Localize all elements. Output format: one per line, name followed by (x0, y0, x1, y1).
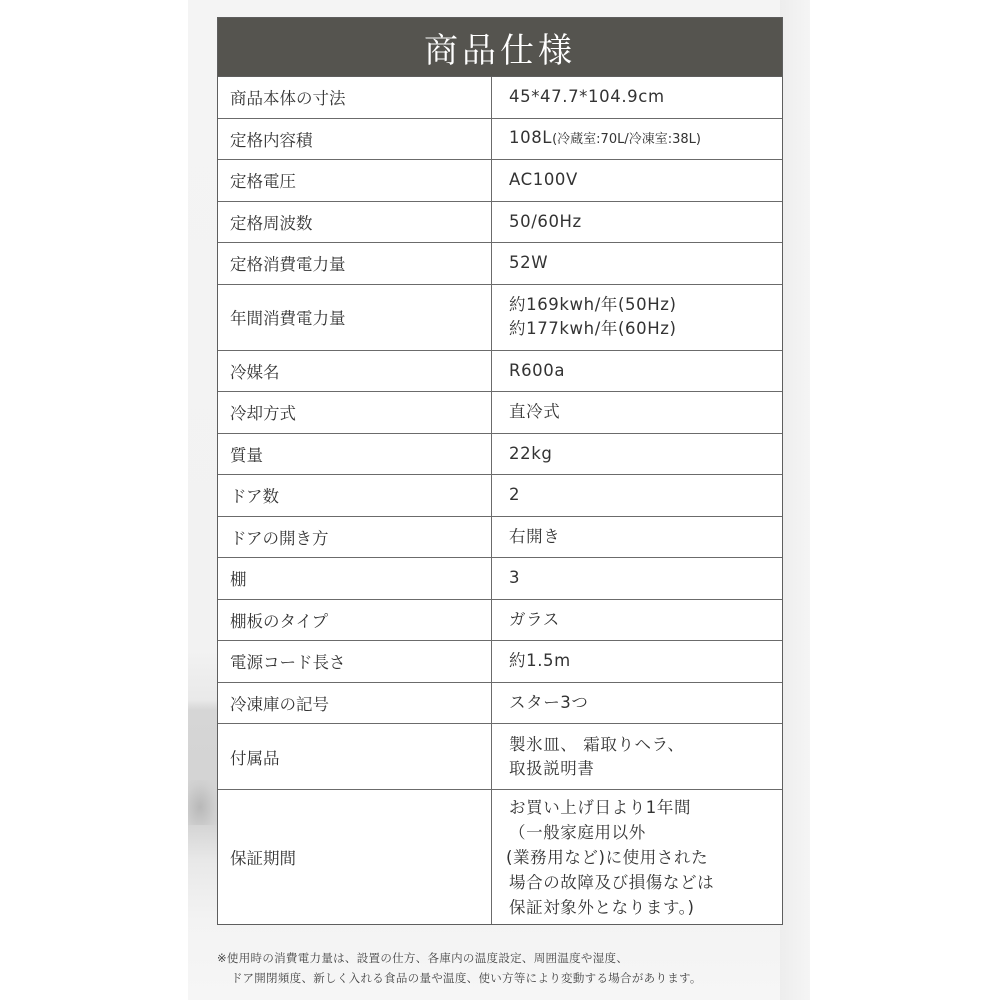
spec-row-weight: 質量 22kg (218, 434, 782, 476)
spec-label: 質量 (218, 434, 492, 475)
spec-label: 定格消費電力量 (218, 243, 492, 284)
spec-value-text: 22kg (509, 442, 782, 466)
background-wall (780, 0, 810, 1000)
spec-row-shelves: 棚 3 (218, 558, 782, 600)
spec-row-voltage: 定格電圧 AC100V (218, 160, 782, 202)
spec-label: 棚板のタイプ (218, 600, 492, 641)
spec-value: 22kg (492, 434, 782, 475)
spec-row-dimensions: 商品本体の寸法 45*47.7*104.9cm (218, 77, 782, 119)
spec-value-line: 約177kwh/年(60Hz) (509, 317, 782, 341)
spec-row-shelf-type: 棚板のタイプ ガラス (218, 600, 782, 642)
footnote: ※使用時の消費電力量は、設置の仕方、各庫内の温度設定、周囲温度や湿度、 ドア開閉… (217, 948, 807, 988)
spec-label: 電源コード長さ (218, 641, 492, 682)
spec-table: 商品仕様 商品本体の寸法 45*47.7*104.9cm 定格内容積 108L(… (217, 17, 783, 925)
background-photo-shoes (188, 780, 218, 825)
spec-label: 冷凍庫の記号 (218, 683, 492, 724)
spec-value: ガラス (492, 600, 782, 641)
spec-value-text: ガラス (509, 608, 782, 632)
spec-value-text: AC100V (509, 168, 782, 192)
capacity-breakdown: (冷蔵室:70L/冷凍室:38L) (552, 132, 701, 147)
spec-value-text: 108L(冷蔵室:70L/冷凍室:38L) (509, 126, 782, 152)
spec-value-text: 右開き (509, 525, 782, 549)
spec-value-line: 製氷皿、 霜取りヘラ、 (509, 733, 782, 757)
spec-row-rated-power: 定格消費電力量 52W (218, 243, 782, 285)
spec-row-door-count: ドア数 2 (218, 475, 782, 517)
spec-label: 年間消費電力量 (218, 285, 492, 350)
spec-value-line: お買い上げ日より1年間 (509, 795, 782, 820)
spec-value-text: 3 (509, 566, 782, 590)
spec-value: 52W (492, 243, 782, 284)
spec-row-cord-length: 電源コード長さ 約1.5m (218, 641, 782, 683)
spec-label: 定格電圧 (218, 160, 492, 201)
spec-value: 45*47.7*104.9cm (492, 77, 782, 118)
spec-row-warranty: 保証期間 お買い上げ日より1年間 （一般家庭用以外 (業務用など)に使用された … (218, 790, 782, 924)
spec-value: 3 (492, 558, 782, 599)
spec-value-text: スター3つ (509, 691, 782, 715)
spec-row-freezer-rating: 冷凍庫の記号 スター3つ (218, 683, 782, 725)
spec-value: AC100V (492, 160, 782, 201)
footnote-line-1: ※使用時の消費電力量は、設置の仕方、各庫内の温度設定、周囲温度や湿度、 (217, 948, 807, 968)
spec-row-capacity: 定格内容積 108L(冷蔵室:70L/冷凍室:38L) (218, 119, 782, 161)
spec-value: 50/60Hz (492, 202, 782, 243)
spec-value: 108L(冷蔵室:70L/冷凍室:38L) (492, 119, 782, 160)
spec-value-line: 場合の故障及び損傷などは (509, 870, 782, 895)
spec-value: 2 (492, 475, 782, 516)
spec-value: 約1.5m (492, 641, 782, 682)
footnote-line-2: ドア開閉頻度、新しく入れる食品の量や温度、使い方等により変動する場合があります。 (217, 968, 807, 988)
spec-value-line: 取扱説明書 (509, 757, 782, 781)
spec-value-text: R600a (509, 359, 782, 383)
spec-value: 右開き (492, 517, 782, 558)
spec-row-frequency: 定格周波数 50/60Hz (218, 202, 782, 244)
spec-value: 直冷式 (492, 392, 782, 433)
spec-row-door-opening: ドアの開き方 右開き (218, 517, 782, 559)
spec-value-text: 直冷式 (509, 400, 782, 424)
spec-value: スター3つ (492, 683, 782, 724)
spec-row-accessories: 付属品 製氷皿、 霜取りヘラ、 取扱説明書 (218, 724, 782, 790)
spec-value: お買い上げ日より1年間 （一般家庭用以外 (業務用など)に使用された 場合の故障… (492, 790, 782, 924)
spec-label: ドア数 (218, 475, 492, 516)
spec-value: 約169kwh/年(50Hz) 約177kwh/年(60Hz) (492, 285, 782, 350)
spec-label: 付属品 (218, 724, 492, 789)
spec-value: R600a (492, 351, 782, 392)
spec-label: 定格内容積 (218, 119, 492, 160)
spec-label: 棚 (218, 558, 492, 599)
spec-value: 製氷皿、 霜取りヘラ、 取扱説明書 (492, 724, 782, 789)
spec-title: 商品仕様 (218, 18, 782, 77)
spec-label: 定格周波数 (218, 202, 492, 243)
spec-value-text: 52W (509, 251, 782, 275)
spec-row-annual-power: 年間消費電力量 約169kwh/年(50Hz) 約177kwh/年(60Hz) (218, 285, 782, 351)
spec-label: 冷却方式 (218, 392, 492, 433)
spec-label: 冷媒名 (218, 351, 492, 392)
spec-value-text: 2 (509, 483, 782, 507)
spec-label: 保証期間 (218, 790, 492, 924)
capacity-total: 108L (509, 128, 552, 147)
spec-value-text: 45*47.7*104.9cm (509, 85, 782, 109)
spec-value-text: 約1.5m (509, 649, 782, 673)
spec-label: 商品本体の寸法 (218, 77, 492, 118)
spec-value-line: 約169kwh/年(50Hz) (509, 293, 782, 317)
spec-row-refrigerant: 冷媒名 R600a (218, 351, 782, 393)
spec-value-line: (業務用など)に使用された (506, 845, 782, 870)
spec-value-text: 50/60Hz (509, 210, 782, 234)
spec-value-line: 保証対象外となります。) (509, 895, 782, 920)
spec-row-cooling-method: 冷却方式 直冷式 (218, 392, 782, 434)
spec-label: ドアの開き方 (218, 517, 492, 558)
spec-value-line: （一般家庭用以外 (509, 820, 782, 845)
